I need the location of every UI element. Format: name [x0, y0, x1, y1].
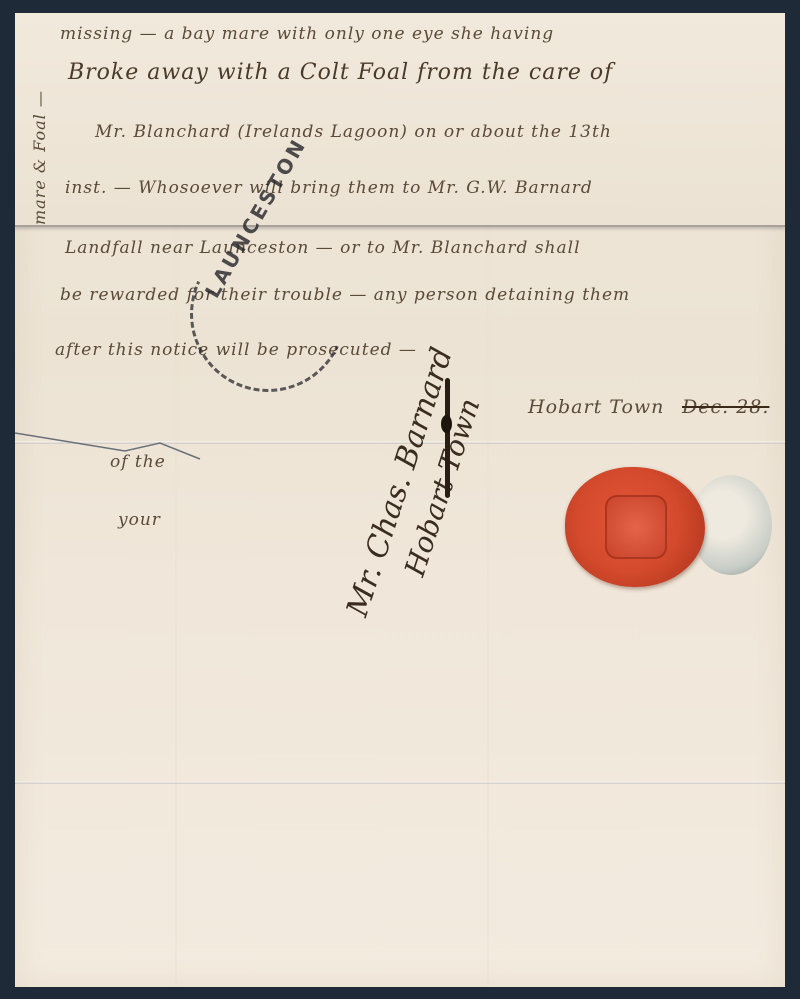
- margin-note: mare & Foal —: [30, 90, 49, 225]
- ink-blot: [441, 415, 452, 433]
- wax-seal: [565, 467, 705, 587]
- fragment-line-2: your: [118, 510, 161, 530]
- wax-seal-impression: [605, 495, 667, 559]
- text-line-1: missing — a bay mare with only one eye s…: [60, 24, 554, 44]
- fragment-line-1: of the: [110, 452, 166, 472]
- dateline-place: Hobart Town: [528, 396, 664, 418]
- text-line-5: Landfall near Launceston — or to Mr. Bla…: [65, 238, 581, 258]
- text-line-4: inst. — Whosoever will bring them to Mr.…: [65, 178, 593, 198]
- fold-line-horizontal-lower: [15, 781, 785, 784]
- ink-stroke: [445, 378, 450, 498]
- text-line-3: Mr. Blanchard (Irelands Lagoon) on or ab…: [95, 122, 612, 142]
- dateline-struck-date: Dec. 28.: [682, 396, 769, 418]
- text-line-2: Broke away with a Colt Foal from the car…: [68, 60, 613, 85]
